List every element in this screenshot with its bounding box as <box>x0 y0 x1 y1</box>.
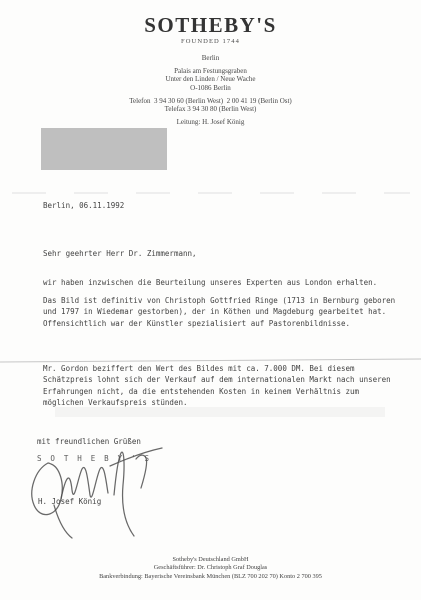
footer-bank-line: Bankverbindung: Bayerische Vereinsbank M… <box>0 573 421 581</box>
scan-artifact-line <box>0 359 421 363</box>
letterhead-city: Berlin <box>0 54 421 62</box>
footer-company-line: Sotheby's Deutschland GmbH <box>0 556 421 564</box>
closing-line: mit freundlichen Grüßen <box>37 436 141 447</box>
body-paragraph: Das Bild ist definitiv von Christoph Got… <box>43 295 395 329</box>
letterhead-address-line: Unter den Linden / Neue Wache <box>0 75 421 83</box>
scan-smudge-artifact <box>12 192 410 194</box>
redacted-recipient-address-block <box>41 128 167 170</box>
letterhead-address-line: O-1086 Berlin <box>0 84 421 92</box>
signer-name: H. Josef König <box>38 496 101 507</box>
body-paragraph: Mr. Gordon beziffert den Wert des Bildes… <box>43 363 391 409</box>
company-signoff: S O T H E B Y ' S <box>37 453 151 464</box>
sothebys-logo: SOTHEBY'S <box>0 13 421 38</box>
date-line: Berlin, 06.11.1992 <box>43 200 124 211</box>
letterhead-phone-line: Telefon 3 94 30 60 (Berlin West) 2 00 41… <box>0 97 421 105</box>
scanned-letter-page: SOTHEBY'S FOUNDED 1744 Berlin Palais am … <box>0 0 421 600</box>
footer-director-line: Geschäftsführer: Dr. Christoph Graf Doug… <box>0 564 421 572</box>
letterhead-fax-line: Telefax 3 94 30 80 (Berlin West) <box>0 105 421 113</box>
footer: Sotheby's Deutschland GmbH Geschäftsführ… <box>0 556 421 581</box>
founded-line: FOUNDED 1744 <box>0 38 421 45</box>
body-paragraph: wir haben inzwischen die Beurteilung uns… <box>43 277 377 288</box>
letterhead-leitung-line: Leitung: H. Josef König <box>0 118 421 126</box>
letterhead-address-line: Palais am Festungsgraben <box>0 67 421 75</box>
letterhead: SOTHEBY'S FOUNDED 1744 Berlin Palais am … <box>0 0 421 126</box>
salutation: Sehr geehrter Herr Dr. Zimmermann, <box>43 248 197 259</box>
